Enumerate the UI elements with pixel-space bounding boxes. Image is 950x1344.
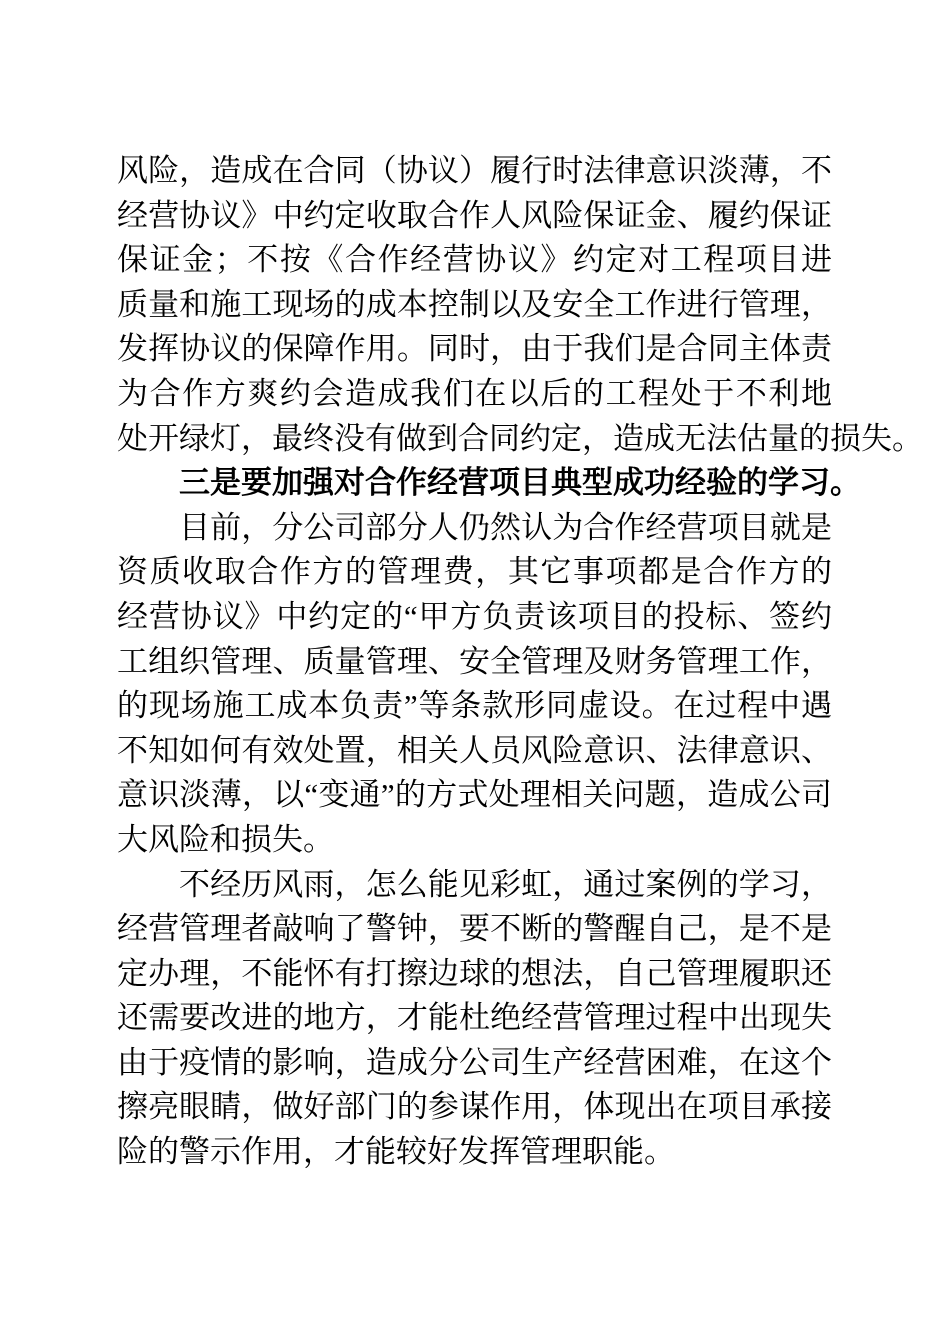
text-line: 不知如何有效处置，相关人员风险意识、法律意识、遵章守纪: [117, 729, 832, 774]
text-line: 还需要改进的地方，才能杜绝经营管理过程中出现失误。当前: [117, 996, 832, 1041]
text-line: 保证金；不按《合作经营协议》约定对工程项目进度、技术、: [117, 238, 832, 283]
text-line: 三是要加强对合作经营项目典型成功经验的学习。: [117, 461, 832, 506]
document-body: 风险，造成在合同（协议）履行时法律意识淡薄，不按《合作经营协议》中约定收取合作人…: [117, 149, 832, 1175]
text-line: 经营协议》中约定的“甲方负责该项目的投标、签约和项目施: [117, 595, 832, 640]
text-line: 险的警示作用，才能较好发挥管理职能。: [117, 1130, 832, 1175]
text-line: 风险，造成在合同（协议）履行时法律意识淡薄，不按《合作: [117, 149, 832, 194]
text-line: 目前，分公司部分人仍然认为合作经营项目就是用我公司的: [117, 506, 832, 551]
text-line: 发挥协议的保障作用。同时，由于我们是合同主体责任人，认: [117, 327, 832, 372]
text-line: 的现场施工成本负责”等条款形同虚设。在过程中遇到问题，: [117, 684, 832, 729]
text-line: 为合作方爽约会造成我们在以后的工程处于不利地位，从而处: [117, 372, 832, 417]
text-line: 处开绿灯，最终没有做到合同约定，造成无法估量的损失。: [117, 417, 832, 462]
text-line: 工组织管理、质量管理、安全管理及财务管理工作，对该项目: [117, 640, 832, 685]
text-line: 定办理，不能怀有打擦边球的想法，自己管理履职还存在哪些: [117, 952, 832, 997]
text-line: 资质收取合作方的管理费，其它事项都是合作方的事。《合作: [117, 550, 832, 595]
text-line: 擦亮眼睛，做好部门的参谋作用，体现出在项目承接过程中风: [117, 1085, 832, 1130]
text-line: 经营管理者敲响了警钟，要不断的警醒自己，是不是自己按规: [117, 907, 832, 952]
text-line: 意识淡薄，以“变通”的方式处理相关问题，造成公司承担较: [117, 773, 832, 818]
text-line: 由于疫情的影响，造成分公司生产经营困难，在这个时候更要: [117, 1041, 832, 1086]
text-line: 不经历风雨，怎么能见彩虹，通过案例的学习，对我们生产: [117, 863, 832, 908]
text-line: 质量和施工现场的成本控制以及安全工作进行管理，从而无法: [117, 283, 832, 328]
text-line: 大风险和损失。: [117, 818, 832, 863]
text-line: 经营协议》中约定收取合作人风险保证金、履约保证金、运营: [117, 194, 832, 239]
document-page: 风险，造成在合同（协议）履行时法律意识淡薄，不按《合作经营协议》中约定收取合作人…: [0, 0, 950, 1344]
